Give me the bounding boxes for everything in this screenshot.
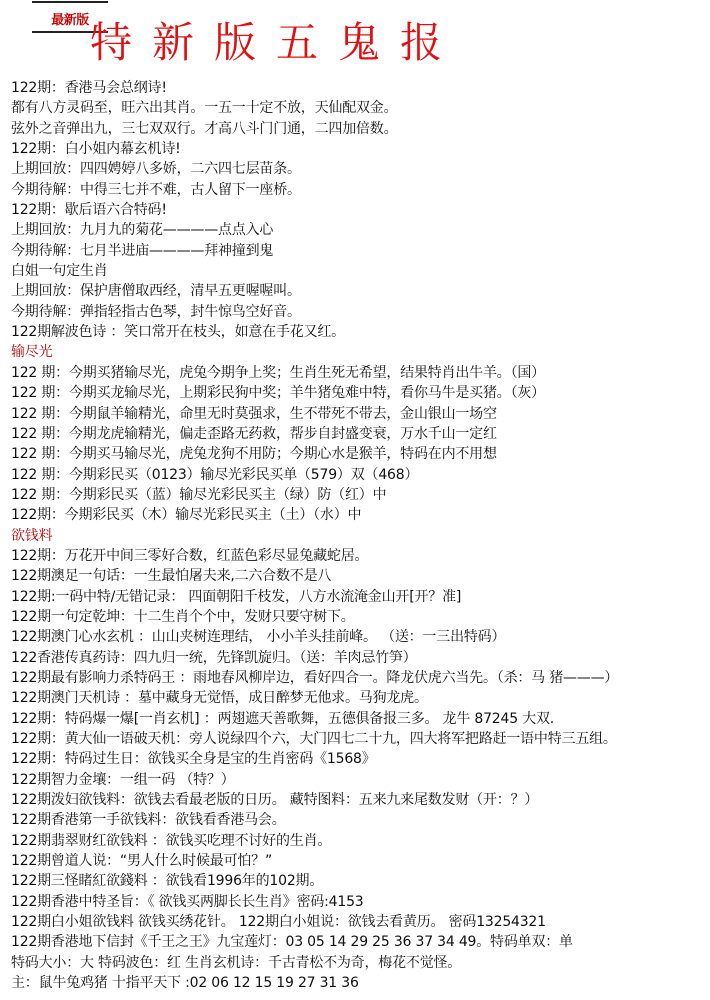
- text-line: 122期：特码爆一爆[一肖玄机] ：两翅遮天善歌舞，五德俱备报三多。 龙牛 87…: [11, 709, 710, 729]
- text-line: 122期智力金壤：一组一码 （特？）: [11, 770, 710, 790]
- text-line: 今期待解：七月半进庙————拜神撞到鬼: [11, 241, 710, 261]
- text-line: 122 期：今期彩民买（0123）输尽光彩民买单（579）双（468）: [11, 465, 710, 485]
- text-line: 122期澳门心水玄机 ：山山夹树连理结， 小小羊头挂前峰。 （送：一三出特码）: [11, 627, 710, 647]
- text-line: 122期：黄大仙一语破天机：旁人说绿四个六，大门四七二十九，四大将军把路赶一语中…: [11, 729, 710, 749]
- text-line: 122期最有影响力杀特码王 ：雨地春风柳岸边，看好四合一。降龙伏虎六当先。（杀：…: [11, 668, 710, 688]
- text-line: 122期：白小姐内幕玄机诗!: [11, 139, 710, 159]
- text-line: 都有八方灵码至，旺六出其肖。一五一十定不放，天仙配双金。: [11, 98, 710, 118]
- text-line: 主：鼠牛兔鸡猪 十指平天下 :02 06 12 15 19 27 31 36: [11, 973, 710, 993]
- text-line: 122期香港第一手欲钱料：欲钱看香港马会。: [11, 810, 710, 830]
- text-line: 今期待解：中得三七并不难，古人留下一座桥。: [11, 180, 710, 200]
- text-line: 122期香港中特圣旨：《 欲钱买两脚长长生肖》密码:4153: [11, 892, 710, 912]
- text-line: 122期解波色诗 ：笑口常开在枝头，如意在手花又红。: [11, 322, 710, 342]
- text-line: 122期翡翠财红欲钱料 ：欲钱买吃理不讨好的生肖。: [11, 831, 710, 851]
- text-line: 上期回放：九月九的菊花————点点入心: [11, 220, 710, 240]
- page-title: 特新版五鬼报: [90, 22, 560, 64]
- text-line: 122期澳门天机诗 ：墓中藏身无觉悟，成日醉梦无他求。马狗龙虎。: [11, 688, 710, 708]
- document-body: 122期：香港马会总纲诗!都有八方灵码至，旺六出其肖。一五一十定不放，天仙配双金…: [11, 78, 710, 993]
- text-line: 122期：歇后语六合特码!: [11, 200, 710, 220]
- section-header: 欲钱料: [11, 526, 710, 546]
- text-line: 今期待解：弹指轻指古色琴，封牛惊鸟空好音。: [11, 302, 710, 322]
- text-line: 122期：今期彩民买（木）输尽光彩民买主（土）（水）中: [11, 505, 710, 525]
- text-line: 122 期：今期鼠羊输精光，命里无时莫强求，生不带死不带去，金山银山一场空: [11, 404, 710, 424]
- text-line: 白姐一句定生肖: [11, 261, 710, 281]
- text-line: 上期回放：四四娉婷八多娇，二六四七层苗条。: [11, 159, 710, 179]
- text-line: 122期澳足一句话：一生最怕屠夫来,二六合数不是八: [11, 566, 710, 586]
- text-line: 122期香港地下信封《千王之王》九宝莲灯：03 05 14 29 25 36 3…: [11, 932, 710, 952]
- text-line: 122期泼妇欲钱料：欲钱去看最老版的日历。 藏特图料：五来九来尾数发财（开：？）: [11, 790, 710, 810]
- text-line: 122 期：今期买猪输尽光，虎兔今期争上奖；生肖生死无希望，结果特肖出牛羊。（国…: [11, 363, 710, 383]
- text-line: 122期曾道人说：“男人什么时候最可怕？”: [11, 851, 710, 871]
- text-line: 122期白小姐欲钱料 欲钱买绣花针。 122期白小姐说：欲钱去看黄历。 密码13…: [11, 912, 710, 932]
- text-line: 122期：香港马会总纲诗!: [11, 78, 710, 98]
- text-line: 122 期：今期买马输尽光，虎兔龙狗不用防；今期心水是猴羊，特码在内不用想: [11, 444, 710, 464]
- text-line: 122期：万花开中间三零好合数，红蓝色彩尽显兔藏蛇居。: [11, 546, 710, 566]
- text-line: 122期:一码中特/无错记录： 四面朝阳千枝发，八方水流淹金山开[开？准]: [11, 587, 710, 607]
- text-line: 弦外之音弹出九，三七双双行。才高八斗门门通，二四加倍数。: [11, 119, 710, 139]
- section-header: 输尽光: [11, 342, 710, 362]
- text-line: 122期三怪睹紅欲錢料 ：欲钱看1996年的102期。: [11, 871, 710, 891]
- text-line: 上期回放：保护唐僧取西经，清早五更喔喔叫。: [11, 281, 710, 301]
- text-line: 特码大小：大 特码波色：红 生肖玄机诗：千古青松不为奇，梅花不觉怪。: [11, 953, 710, 973]
- text-line: 122期：特码过生日：欲钱买全身是宝的生肖密码《1568》: [11, 749, 710, 769]
- badge-top-rule: [32, 1, 108, 3]
- text-line: 122香港传真药诗：四九归一统，先锋凯旋归。（送：羊肉忌竹笋）: [11, 648, 710, 668]
- text-line: 122 期：今期买龙输尽光，上期彩民狗中奖；羊牛猪兔难中特，看你马牛是买猪。（灰…: [11, 383, 710, 403]
- text-line: 122 期：今期彩民买（蓝）输尽光彩民买主（绿）防（红）中: [11, 485, 710, 505]
- text-line: 122 期：今期龙虎输精光，偏走歪路无药救，帮步自封盛变衰，万水千山一定红: [11, 424, 710, 444]
- text-line: 122期一句定乾坤：十二生肖个个中，发财只要守树下。: [11, 607, 710, 627]
